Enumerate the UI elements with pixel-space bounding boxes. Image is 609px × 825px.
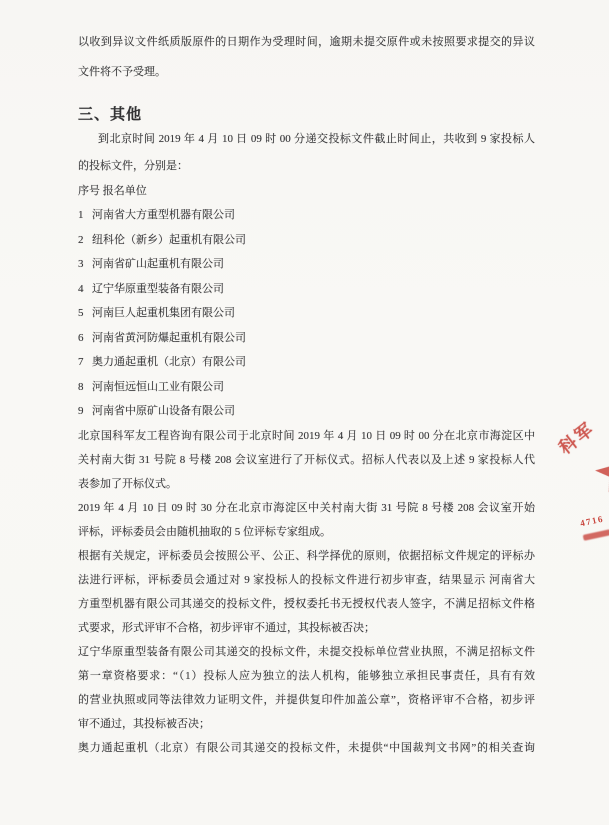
paragraph-bid-opening-ceremony: 北京国科军友工程咨询有限公司于北京时间 2019 年 4 月 10 日 09 时… bbox=[78, 424, 535, 496]
section-heading-other: 三、其他 bbox=[78, 104, 535, 126]
text-line: 2019 年 4 月 10 日 09 时 30 分在北京市海淀区中关村南大街 3… bbox=[78, 496, 535, 520]
bidder-number: 5 bbox=[78, 301, 85, 326]
bidder-number: 4 bbox=[78, 277, 85, 302]
text-line: 方重型机器有限公司其递交的投标文件，授权委托书无授权代表人签字，不满足招标文件格 bbox=[78, 592, 535, 616]
document-body: 以收到异议文件纸质版原件的日期作为受理时间，逾期未提交原件或未按照要求提交的异议… bbox=[78, 27, 535, 760]
bidder-number: 7 bbox=[78, 350, 85, 375]
bidder-number: 6 bbox=[78, 326, 85, 351]
bidder-company-name: 奥力通起重机（北京）有限公司 bbox=[92, 356, 246, 368]
paragraph-aolitong-continued: 奥力通起重机（北京）有限公司其递交的投标文件，未提供“中国裁判文书网”的相关查询 bbox=[78, 736, 535, 760]
bidder-row: 7奥力通起重机（北京）有限公司 bbox=[78, 350, 535, 375]
bidder-list-header: 序号 报名单位 bbox=[78, 180, 535, 203]
bidder-company-name: 河南省大方重型机器有限公司 bbox=[92, 209, 235, 221]
bidder-row: 3河南省矿山起重机有限公司 bbox=[78, 252, 535, 277]
text-line: 表参加了开标仪式。 bbox=[78, 472, 535, 496]
text-line: 根据有关规定，评标委员会按照公平、公正、科学择优的原则，依据招标文件规定的评标办 bbox=[78, 544, 535, 568]
seal-ink-smudge bbox=[583, 529, 609, 541]
bidder-row: 1河南省大方重型机器有限公司 bbox=[78, 203, 535, 228]
bidder-company-name: 河南省黄河防爆起重机有限公司 bbox=[92, 332, 246, 344]
scanned-document-page: 以收到异议文件纸质版原件的日期作为受理时间，逾期未提交原件或未按照要求提交的异议… bbox=[0, 0, 609, 825]
bidder-number: 3 bbox=[78, 252, 85, 277]
paragraph-objection-notice: 以收到异议文件纸质版原件的日期作为受理时间，逾期未提交原件或未按照要求提交的异议… bbox=[78, 27, 535, 87]
text-line: 评标，评标委员会由随机抽取的 5 位评标专家组成。 bbox=[78, 520, 535, 544]
bidder-row: 2纽科伦（新乡）起重机有限公司 bbox=[78, 228, 535, 253]
paragraph-rejection-liaoning-huayuan: 辽宁华原重型装备有限公司其递交的投标文件，未提交投标单位营业执照，不满足招标文件… bbox=[78, 640, 535, 736]
seal-serial-number: 4716 bbox=[579, 514, 605, 529]
text-line: 辽宁华原重型装备有限公司其递交的投标文件，未提交投标单位营业执照，不满足招标文件 bbox=[78, 640, 535, 664]
text-line: 法进行评标，评标委员会通过对 9 家投标人的投标文件进行初步审查，结果显示 河南… bbox=[78, 568, 535, 592]
bidder-row: 5河南巨人起重机集团有限公司 bbox=[78, 301, 535, 326]
text-line: 到北京时间 2019 年 4 月 10 日 09 时 00 分递交投标文件截止时… bbox=[78, 126, 535, 153]
bidder-number: 1 bbox=[78, 203, 85, 228]
bidder-number: 2 bbox=[78, 228, 85, 253]
bidder-row: 9河南省中原矿山设备有限公司 bbox=[78, 399, 535, 424]
bidder-row: 4辽宁华原重型装备有限公司 bbox=[78, 277, 535, 302]
text-line: 关村南大街 31 号院 8 号楼 208 会议室进行了开标仪式。招标人代表以及上… bbox=[78, 448, 535, 472]
text-line: 以收到异议文件纸质版原件的日期作为受理时间，逾期未提交原件或未按照要求提交的异议 bbox=[78, 27, 535, 57]
bidder-company-name: 河南巨人起重机集团有限公司 bbox=[92, 307, 235, 319]
bidder-number: 9 bbox=[78, 399, 85, 424]
paragraph-preliminary-review-henan-dafang: 根据有关规定，评标委员会按照公平、公正、科学择优的原则，依据招标文件规定的评标办… bbox=[78, 544, 535, 640]
bidder-number: 8 bbox=[78, 375, 85, 400]
bidder-company-name: 河南恒远恒山工业有限公司 bbox=[92, 381, 224, 393]
bidder-row: 6河南省黄河防爆起重机有限公司 bbox=[78, 326, 535, 351]
bidder-company-name: 河南省中原矿山设备有限公司 bbox=[92, 405, 235, 417]
text-line: 北京国科军友工程咨询有限公司于北京时间 2019 年 4 月 10 日 09 时… bbox=[78, 424, 535, 448]
text-line: 第一章资格要求：“（1）投标人应为独立的法人机构，能够独立承担民事责任，具有有效 bbox=[78, 664, 535, 688]
bidder-company-name: 辽宁华原重型装备有限公司 bbox=[92, 283, 224, 295]
paragraph-evaluation-start: 2019 年 4 月 10 日 09 时 30 分在北京市海淀区中关村南大街 3… bbox=[78, 496, 535, 544]
text-line: 的投标文件，分别是： bbox=[78, 153, 535, 180]
text-line: 审不通过，其投标被否决； bbox=[78, 712, 535, 736]
paragraph-submission-deadline: 到北京时间 2019 年 4 月 10 日 09 时 00 分递交投标文件截止时… bbox=[78, 126, 535, 180]
bidder-list: 1河南省大方重型机器有限公司 2纽科伦（新乡）起重机有限公司 3河南省矿山起重机… bbox=[78, 203, 535, 424]
bidder-company-name: 纽科伦（新乡）起重机有限公司 bbox=[92, 234, 246, 246]
text-line: 式要求，形式评审不合格，初步评审不通过，其投标被否决； bbox=[78, 616, 535, 640]
bidder-company-name: 河南省矿山起重机有限公司 bbox=[92, 258, 224, 270]
text-line: 的营业执照或同等法律效力证明文件，并提供复印件加盖公章”，资格评审不合格，初步评 bbox=[78, 688, 535, 712]
text-line: 文件将不予受理。 bbox=[78, 57, 535, 87]
text-line: 奥力通起重机（北京）有限公司其递交的投标文件，未提供“中国裁判文书网”的相关查询 bbox=[78, 736, 535, 760]
bidder-row: 8河南恒远恒山工业有限公司 bbox=[78, 375, 535, 400]
seal-star-icon bbox=[593, 448, 609, 501]
